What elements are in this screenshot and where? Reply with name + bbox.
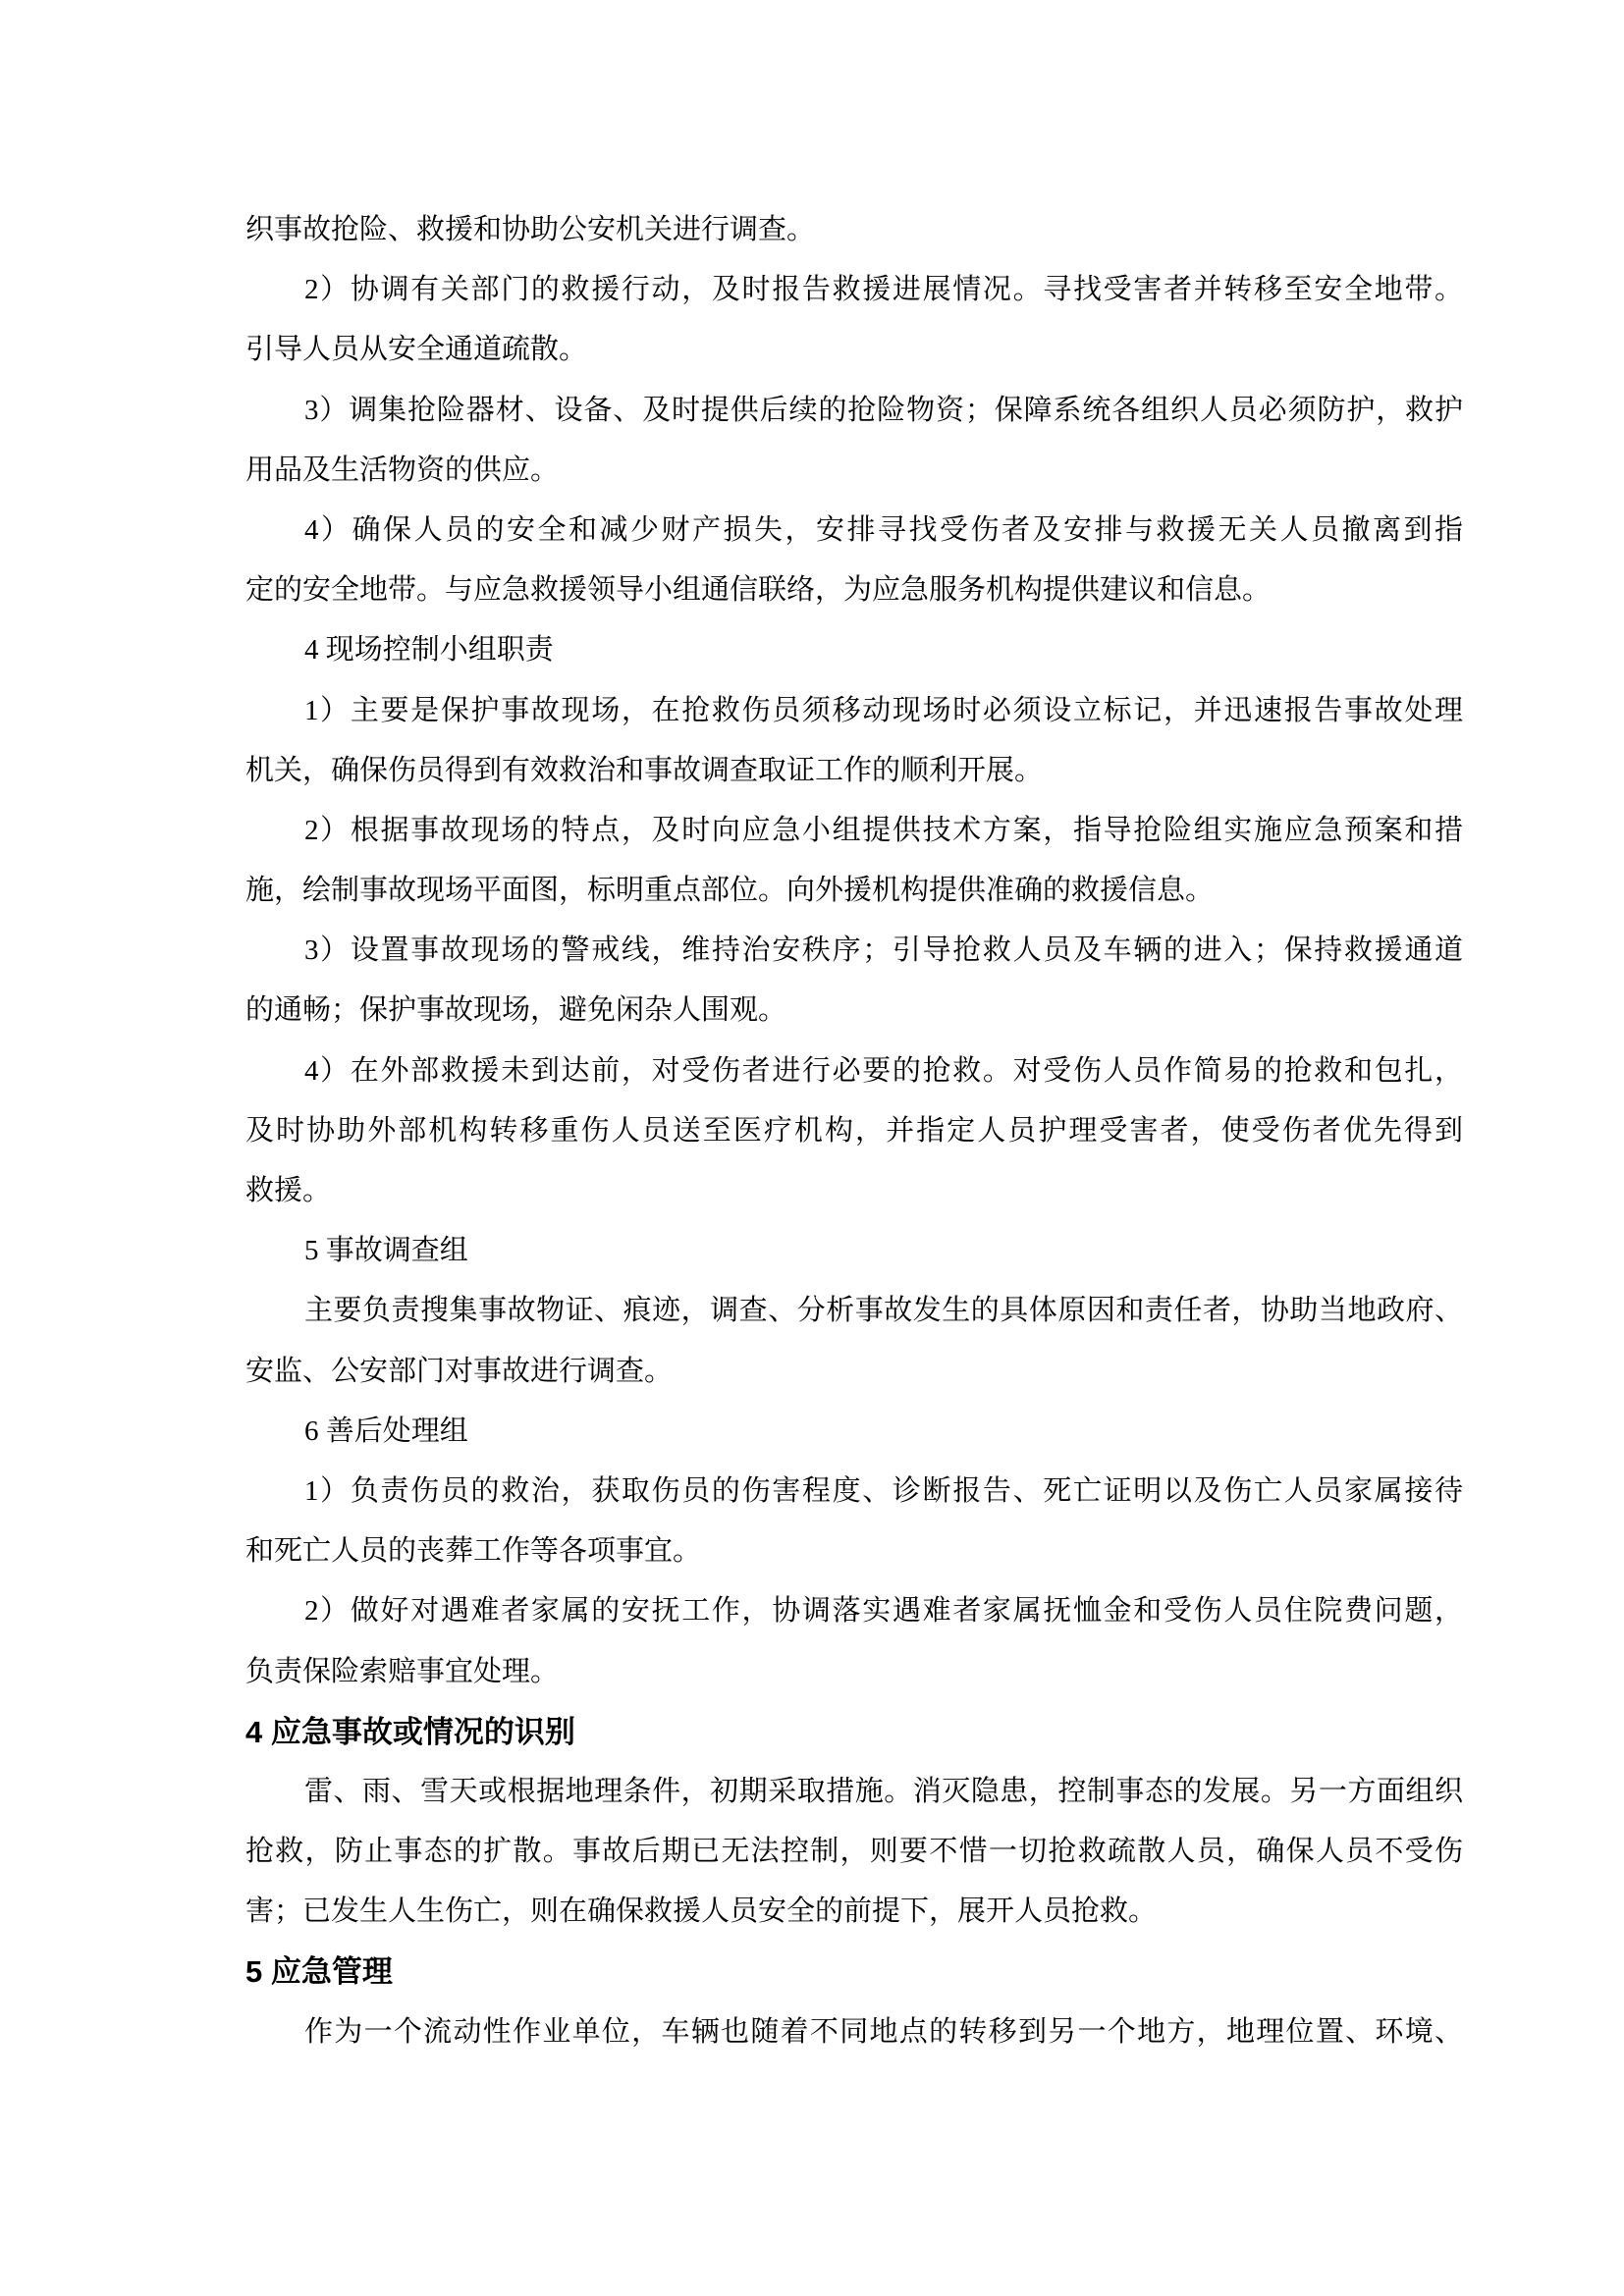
body-line: 雷、雨、雪天或根据地理条件，初期采取措施。消灭隐患，控制事态的发展。另一方面组织 [245, 1762, 1463, 1822]
body-line: 主要负责搜集事故物证、痕迹，调查、分析事故发生的具体原因和责任者，协助当地政府、 [245, 1281, 1463, 1341]
subsection-title: 5 事故调查组 [245, 1221, 1463, 1281]
body-line: 作为一个流动性作业单位，车辆也随着不同地点的转移到另一个地方，地理位置、环境、 [245, 2002, 1463, 2062]
section-heading: 5 应急管理 [245, 1942, 1463, 2002]
body-line: 施，绘制事故现场平面图，标明重点部位。向外援机构提供准确的救援信息。 [245, 861, 1463, 921]
document-content: 织事故抢险、救援和协助公安机关进行调查。 2）协调有关部门的救援行动，及时报告救… [245, 200, 1463, 2062]
document-page: { "page": { "background": "#ffffff", "te… [0, 0, 1624, 2296]
body-line: 救援。 [245, 1161, 1463, 1221]
body-line: 引导人员从安全通道疏散。 [245, 320, 1463, 380]
body-line: 定的安全地带。与应急救援领导小组通信联络，为应急服务机构提供建议和信息。 [245, 561, 1463, 620]
section-heading: 4 应急事故或情况的识别 [245, 1702, 1463, 1762]
body-line: 和死亡人员的丧葬工作等各项事宜。 [245, 1522, 1463, 1581]
body-line: 2）根据事故现场的特点，及时向应急小组提供技术方案，指导抢险组实施应急预案和措 [245, 801, 1463, 861]
body-line: 2）协调有关部门的救援行动，及时报告救援进展情况。寻找受害者并转移至安全地带。 [245, 260, 1463, 320]
body-line: 用品及生活物资的供应。 [245, 441, 1463, 501]
body-line: 织事故抢险、救援和协助公安机关进行调查。 [245, 200, 1463, 260]
body-line: 安监、公安部门对事故进行调查。 [245, 1342, 1463, 1402]
body-line: 的通畅；保护事故现场，避免闲杂人围观。 [245, 981, 1463, 1041]
body-line: 2）做好对遇难者家属的安抚工作，协调落实遇难者家属抚恤金和受伤人员住院费问题， [245, 1581, 1463, 1641]
subsection-title: 6 善后处理组 [245, 1402, 1463, 1462]
subsection-title: 4 现场控制小组职责 [245, 620, 1463, 680]
body-line: 及时协助外部机构转移重伤人员送至医疗机构，并指定人员护理受害者，使受伤者优先得到 [245, 1101, 1463, 1161]
body-line: 机关，确保伤员得到有效救治和事故调查取证工作的顺利开展。 [245, 741, 1463, 801]
body-line: 4）在外部救援未到达前，对受伤者进行必要的抢救。对受伤人员作简易的抢救和包扎， [245, 1041, 1463, 1101]
body-line: 1）主要是保护事故现场，在抢救伤员须移动现场时必须设立标记，并迅速报告事故处理 [245, 681, 1463, 741]
body-line: 1）负责伤员的救治，获取伤员的伤害程度、诊断报告、死亡证明以及伤亡人员家属接待 [245, 1462, 1463, 1522]
body-line: 4）确保人员的安全和减少财产损失，安排寻找受伤者及安排与救援无关人员撤离到指 [245, 501, 1463, 561]
body-line: 抢救，防止事态的扩散。事故后期已无法控制，则要不惜一切抢救疏散人员，确保人员不受… [245, 1822, 1463, 1882]
body-line: 害；已发生人生伤亡，则在确保救援人员安全的前提下，展开人员抢救。 [245, 1882, 1463, 1942]
body-line: 3）调集抢险器材、设备、及时提供后续的抢险物资；保障系统各组织人员必须防护，救护 [245, 381, 1463, 441]
body-line: 3）设置事故现场的警戒线，维持治安秩序；引导抢救人员及车辆的进入；保持救援通道 [245, 921, 1463, 981]
body-line: 负责保险索赔事宜处理。 [245, 1642, 1463, 1702]
